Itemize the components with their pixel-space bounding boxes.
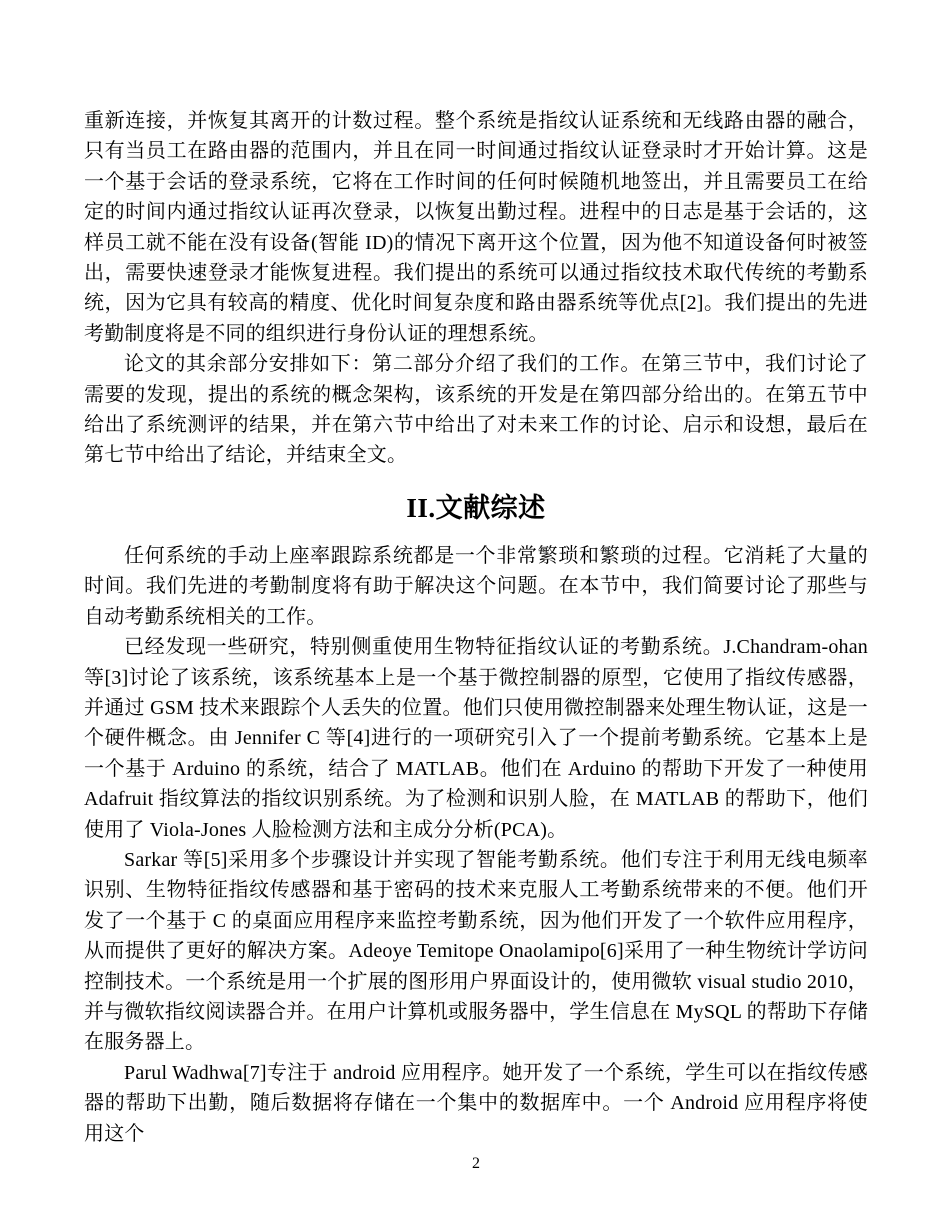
paragraph: 论文的其余部分安排如下：第二部分介绍了我们的工作。在第三节中，我们讨论了需要的发…	[84, 349, 868, 471]
paragraph: 已经发现一些研究，特别侧重使用生物特征指纹认证的考勤系统。J.Chandram-…	[84, 632, 868, 845]
paragraph: Parul Wadhwa[7]专注于 android 应用程序。她开发了一个系统…	[84, 1058, 868, 1149]
page-number: 2	[0, 1152, 952, 1176]
document-page: 重新连接，并恢复其离开的计数过程。整个系统是指纹认证系统和无线路由器的融合，只有…	[0, 0, 952, 1232]
paragraph: 任何系统的手动上座率跟踪系统都是一个非常繁琐和繁琐的过程。它消耗了大量的时间。我…	[84, 541, 868, 632]
document-body: 重新连接，并恢复其离开的计数过程。整个系统是指纹认证系统和无线路由器的融合，只有…	[84, 106, 868, 1149]
paragraph: Sarkar 等[5]采用多个步骤设计并实现了智能考勤系统。他们专注于利用无线电…	[84, 845, 868, 1058]
paragraph-continuation: 重新连接，并恢复其离开的计数过程。整个系统是指纹认证系统和无线路由器的融合，只有…	[84, 106, 868, 349]
section-heading: II.文献综述	[84, 486, 868, 530]
